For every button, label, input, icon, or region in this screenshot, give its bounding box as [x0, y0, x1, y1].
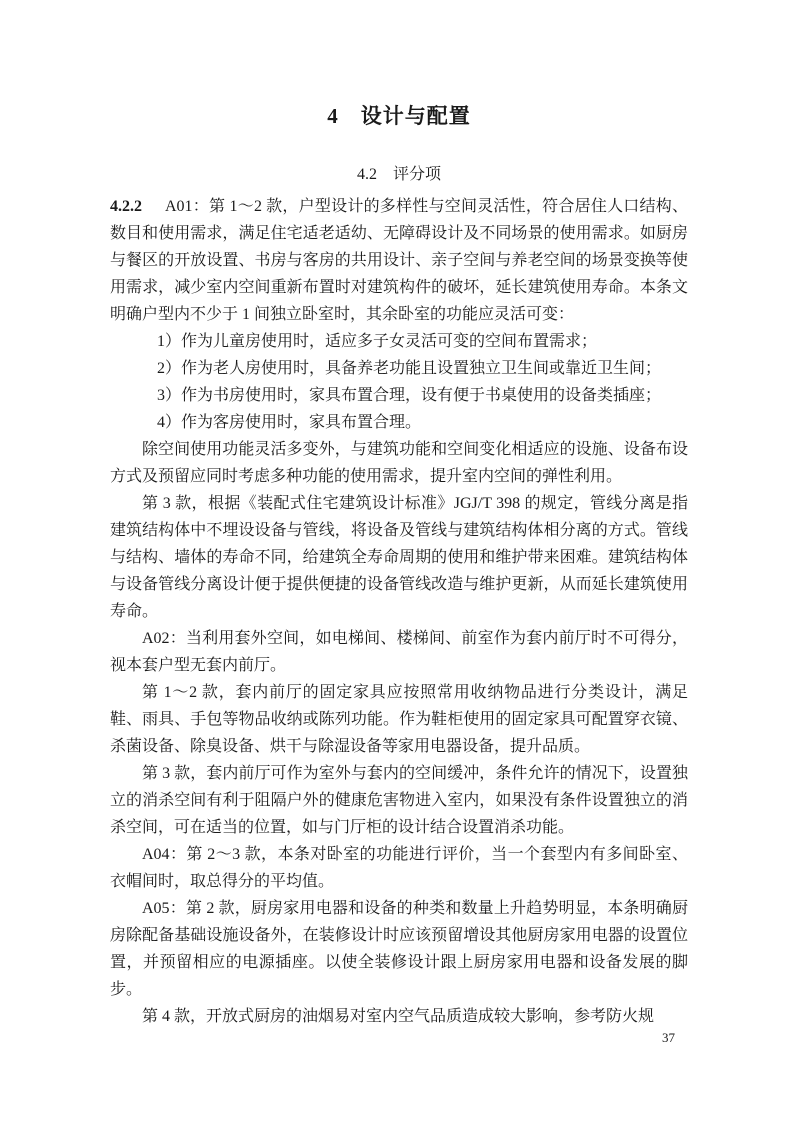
paragraph: 第 3 款，根据《装配式住宅建筑设计标准》JGJ/T 398 的规定，管线分离是…: [110, 490, 688, 625]
paragraph-text: A01：第 1～2 款，户型设计的多样性与空间灵活性，符合居住人口结构、数目和使…: [110, 198, 688, 323]
list-item: 4）作为客房使用时，家具布置合理。: [110, 409, 688, 436]
page-number: 37: [662, 1030, 675, 1046]
paragraph: 第 3 款，套内前厅可作为室外与套内的空间缓冲，条件允许的情况下，设置独立的消杀…: [110, 760, 688, 841]
section-heading: 4.2 评分项: [110, 163, 688, 187]
page-title: 4 设计与配置: [110, 0, 688, 133]
paragraph: A05：第 2 款，厨房家用电器和设备的种类和数量上升趋势明显，本条明确厨房除配…: [110, 895, 688, 1003]
paragraph: 第 1～2 款，套内前厅的固定家具应按照常用收纳物品进行分类设计，满足鞋、雨具、…: [110, 679, 688, 760]
clause-number: 4.2.2: [110, 198, 142, 215]
paragraph: 除空间使用功能灵活多变外，与建筑功能和空间变化相适应的设施、设备布设方式及预留应…: [110, 436, 688, 490]
paragraph: 第 4 款，开放式厨房的油烟易对室内空气品质造成较大影响，参考防火规: [110, 1003, 688, 1030]
paragraph: 4.2.2A01：第 1～2 款，户型设计的多样性与空间灵活性，符合居住人口结构…: [110, 193, 688, 328]
list-item: 1）作为儿童房使用时，适应多子女灵活可变的空间布置需求；: [110, 328, 688, 355]
paragraph: A04：第 2～3 款，本条对卧室的功能进行评价，当一个套型内有多间卧室、衣帽间…: [110, 841, 688, 895]
body-text: 4.2.2A01：第 1～2 款，户型设计的多样性与空间灵活性，符合居住人口结构…: [110, 193, 688, 1030]
document-page: 4 设计与配置 4.2 评分项 4.2.2A01：第 1～2 款，户型设计的多样…: [0, 0, 793, 1123]
text-column: 4 设计与配置 4.2 评分项 4.2.2A01：第 1～2 款，户型设计的多样…: [110, 0, 688, 1030]
list-item: 3）作为书房使用时，家具布置合理，设有便于书桌使用的设备类插座；: [110, 382, 688, 409]
paragraph: A02：当利用套外空间，如电梯间、楼梯间、前室作为套内前厅时不可得分，视本套户型…: [110, 625, 688, 679]
list-item: 2）作为老人房使用时，具备养老功能且设置独立卫生间或靠近卫生间；: [110, 355, 688, 382]
